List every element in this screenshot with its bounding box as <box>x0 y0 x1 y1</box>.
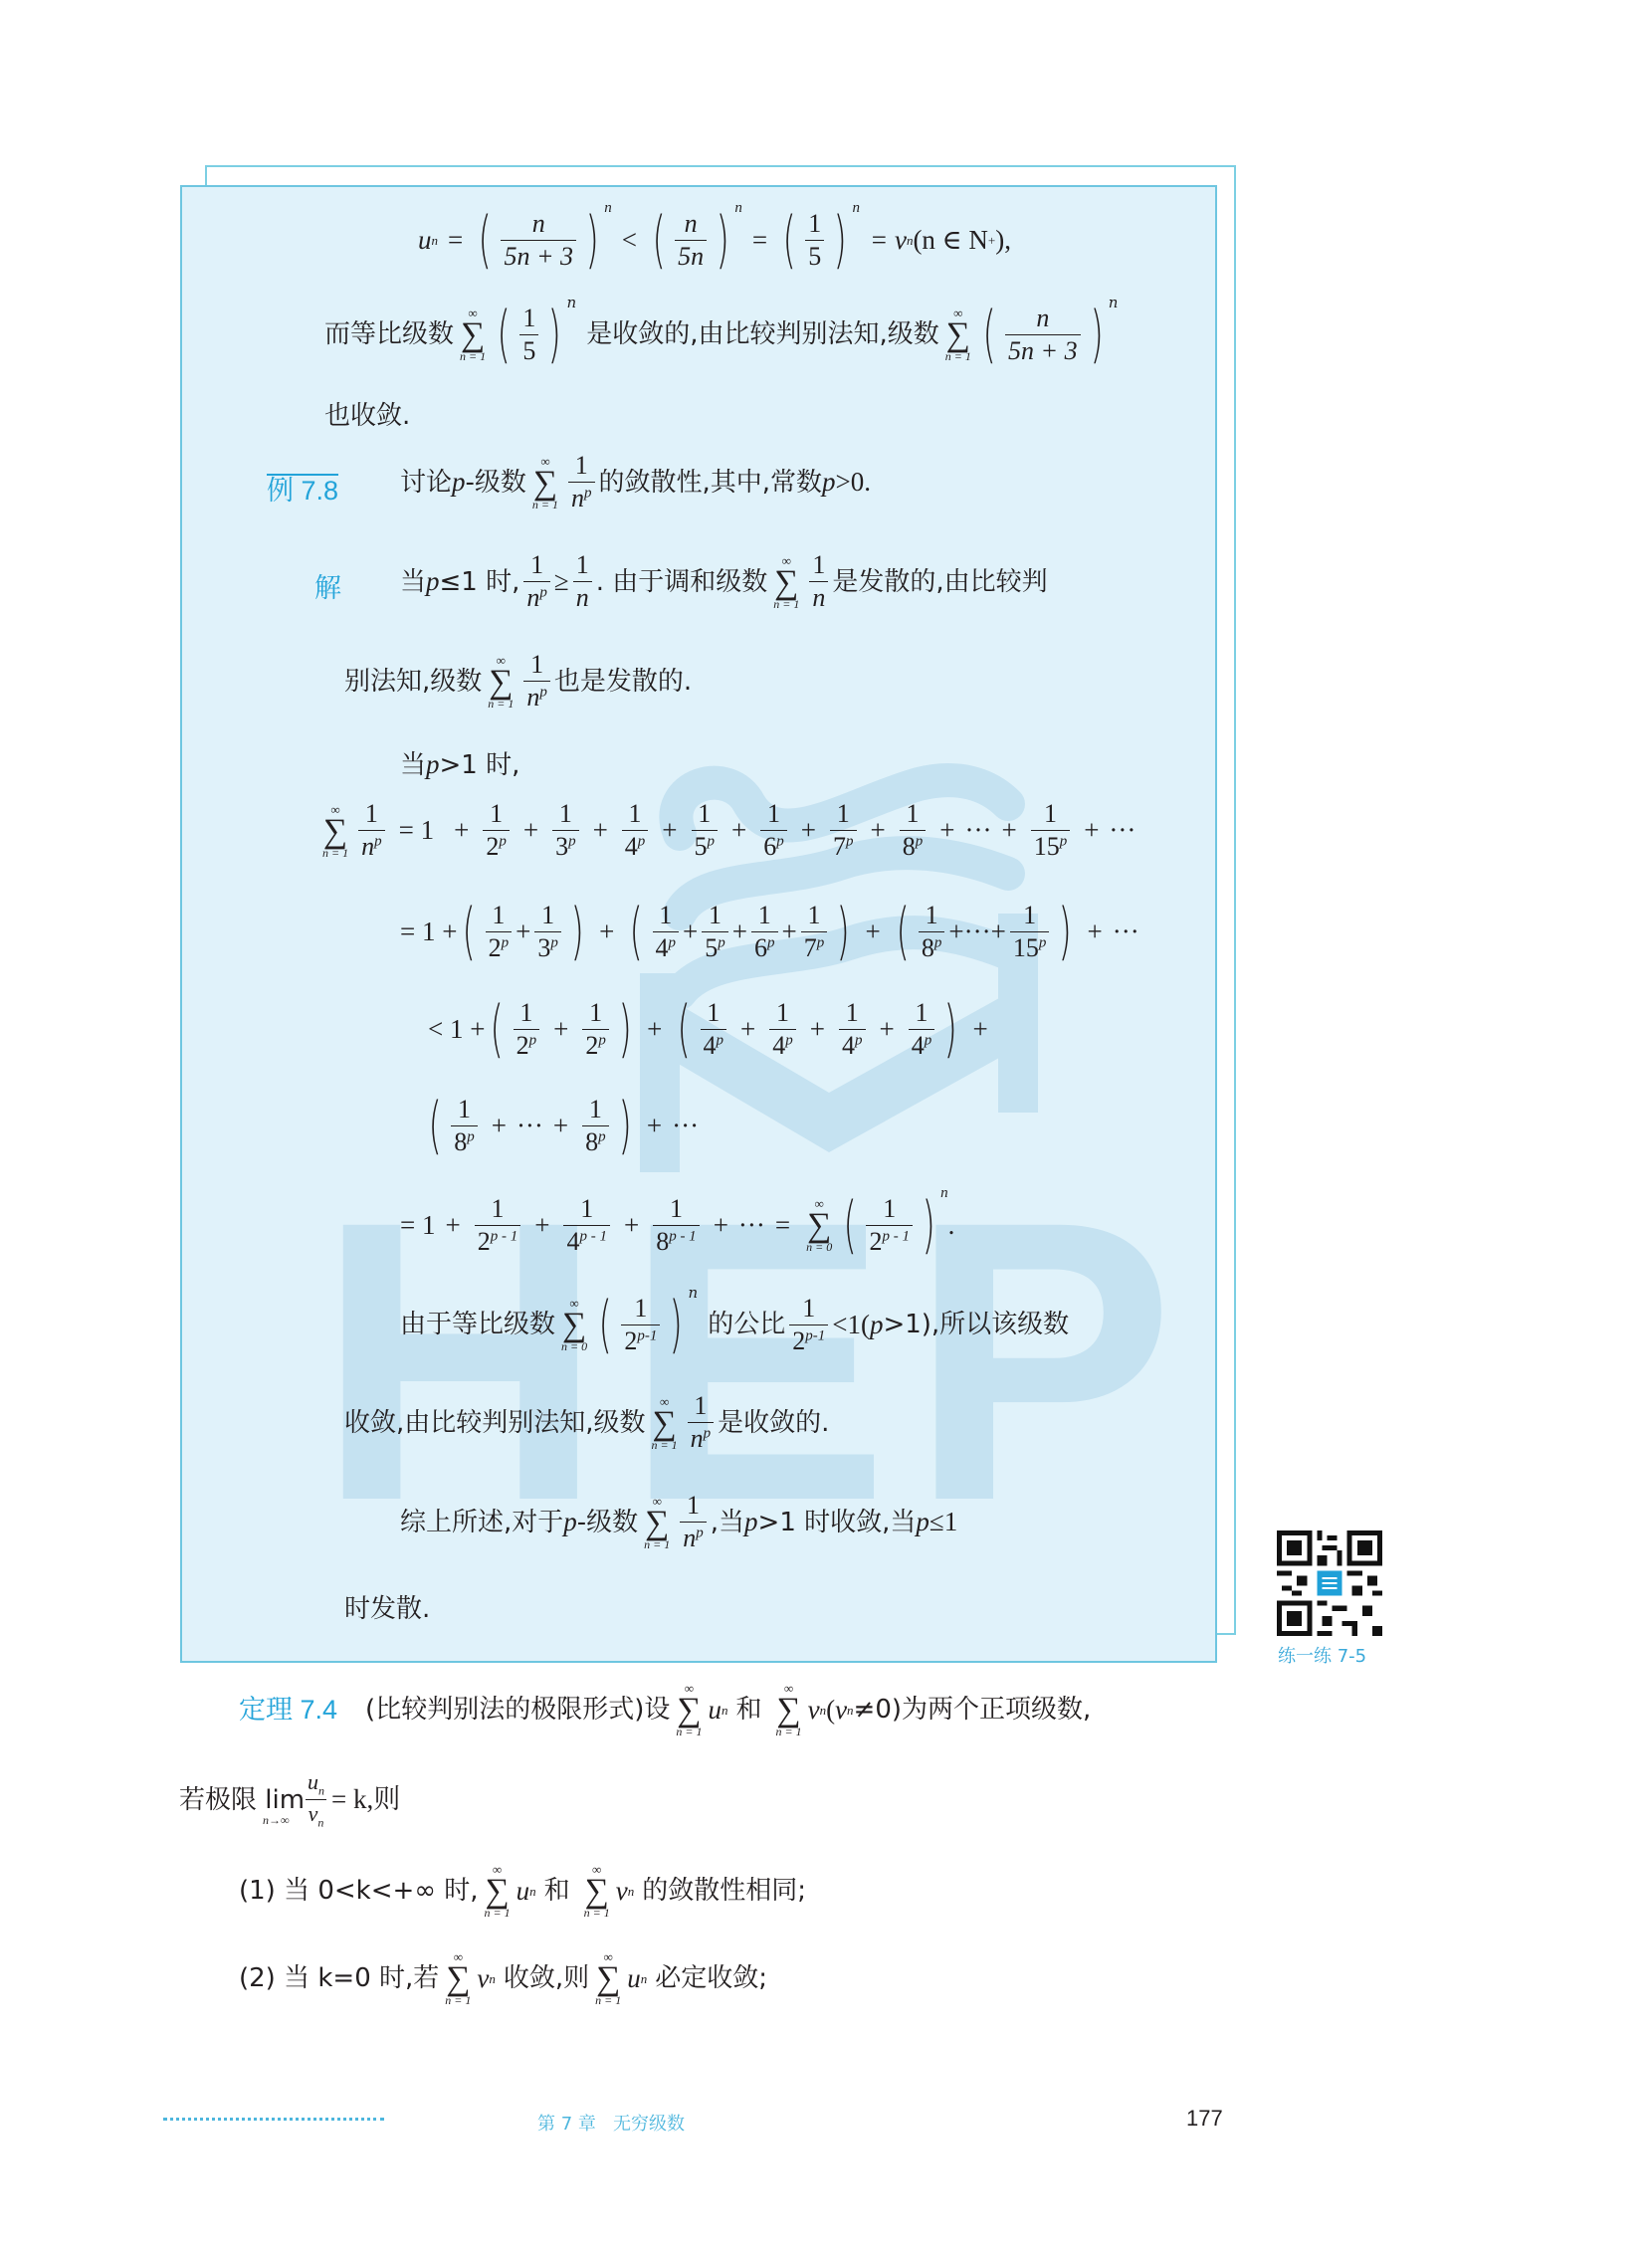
theorem-limit: 若极限 lim unvn = k,则 <box>179 1771 400 1829</box>
theorem-label: 定理 7.4 <box>239 1697 337 1724</box>
limit-subscript: n→∞ <box>263 1813 290 1828</box>
text-also-converges: 也收敛. <box>324 403 410 429</box>
example-label: 例 7.8 <box>267 474 338 505</box>
example-statement: 讨论 p-级数 ∞∑n = 1 1np 的敛散性,其中,常数 p>0. <box>400 453 871 511</box>
theorem-statement: 定理 7.4 (比较判别法的极限形式)设 ∞∑n = 1 un 和 ∞∑n = … <box>239 1682 1091 1737</box>
solution-line-converges: 收敛,由比较判别法知,级数 ∞∑n = 1 1np 是收敛的. <box>344 1393 829 1452</box>
footer-dotted-rule <box>163 2118 384 2121</box>
sum-symbol: ∞∑n = 1 <box>945 306 971 362</box>
solution-line-1: 当 p≤1 时, 1np ≥ 1n . 由于调和级数 ∞∑n = 1 1n 是发… <box>400 552 1048 611</box>
solution-line-2: 别法知,级数 ∞∑n = 1 1np 也是发散的. <box>344 652 692 711</box>
equation-bound-cont: ( 18p+···+ 18p )+··· <box>423 1095 699 1156</box>
theorem-item-2: (2) 当 k=0 时,若 ∞∑n = 1 vn 收敛,则 ∞∑n = 1 un… <box>239 1950 767 2006</box>
solution-line-ratio: 由于等比级数 ∞∑n = 0 (12p-1)n 的公比 12p-1 <1(p>1… <box>400 1294 1069 1355</box>
fraction: n5n + 3 <box>501 211 576 270</box>
qr-label: 练一练 7-5 <box>1278 1642 1366 1668</box>
equation-expansion: ∞∑n = 1 1np = 1 +12p +13p +14p +15p +16p… <box>316 801 1136 860</box>
fraction: 15 <box>805 211 824 270</box>
qr-code-icon[interactable] <box>1277 1529 1382 1637</box>
solution-diverges: 时发散. <box>344 1596 430 1622</box>
theorem-item-1: (1) 当 0<k<+∞ 时, ∞∑n = 1 un 和 ∞∑n = 1 vn … <box>239 1863 806 1919</box>
solution-label: 解 <box>314 575 341 602</box>
solution-line-3: 当 p>1 时, <box>400 751 519 778</box>
equation-geometric: = 1+ 12p - 1+ 14p - 1+ 18p - 1+ ···= ∞∑n… <box>400 1194 954 1256</box>
sub: n <box>432 234 439 247</box>
var-u: u <box>418 227 432 254</box>
formula-un-vn: un = ( n5n + 3 )n < ( n5n )n = ( 15 )n =… <box>418 209 1011 271</box>
example-number: 例 7.8 <box>267 474 338 505</box>
equation-grouping: = 1 + ( 12p+ 13p )+( 14p+ 15p+ 16p+ 17p … <box>400 901 1139 962</box>
sum-symbol: ∞∑n = 1 <box>460 306 486 362</box>
solution-conclusion: 综上所述,对于 p-级数 ∞∑n = 1 1np ,当 p>1 时收敛,当 p≤… <box>400 1493 957 1551</box>
text-geometric-series: 而等比级数 ∞∑n = 1 (15)n 是收敛的,由比较判别法知,级数 ∞∑n … <box>324 304 1118 365</box>
equation-bound: < 1 + ( 12p+ 12p )+( 14p+ 14p+ 14p+ 14p … <box>428 998 998 1060</box>
fraction: n5n <box>675 211 707 270</box>
page-number: 177 <box>1186 2106 1223 2132</box>
footer-chapter-title: 第 7 章 无穷级数 <box>537 2110 685 2136</box>
